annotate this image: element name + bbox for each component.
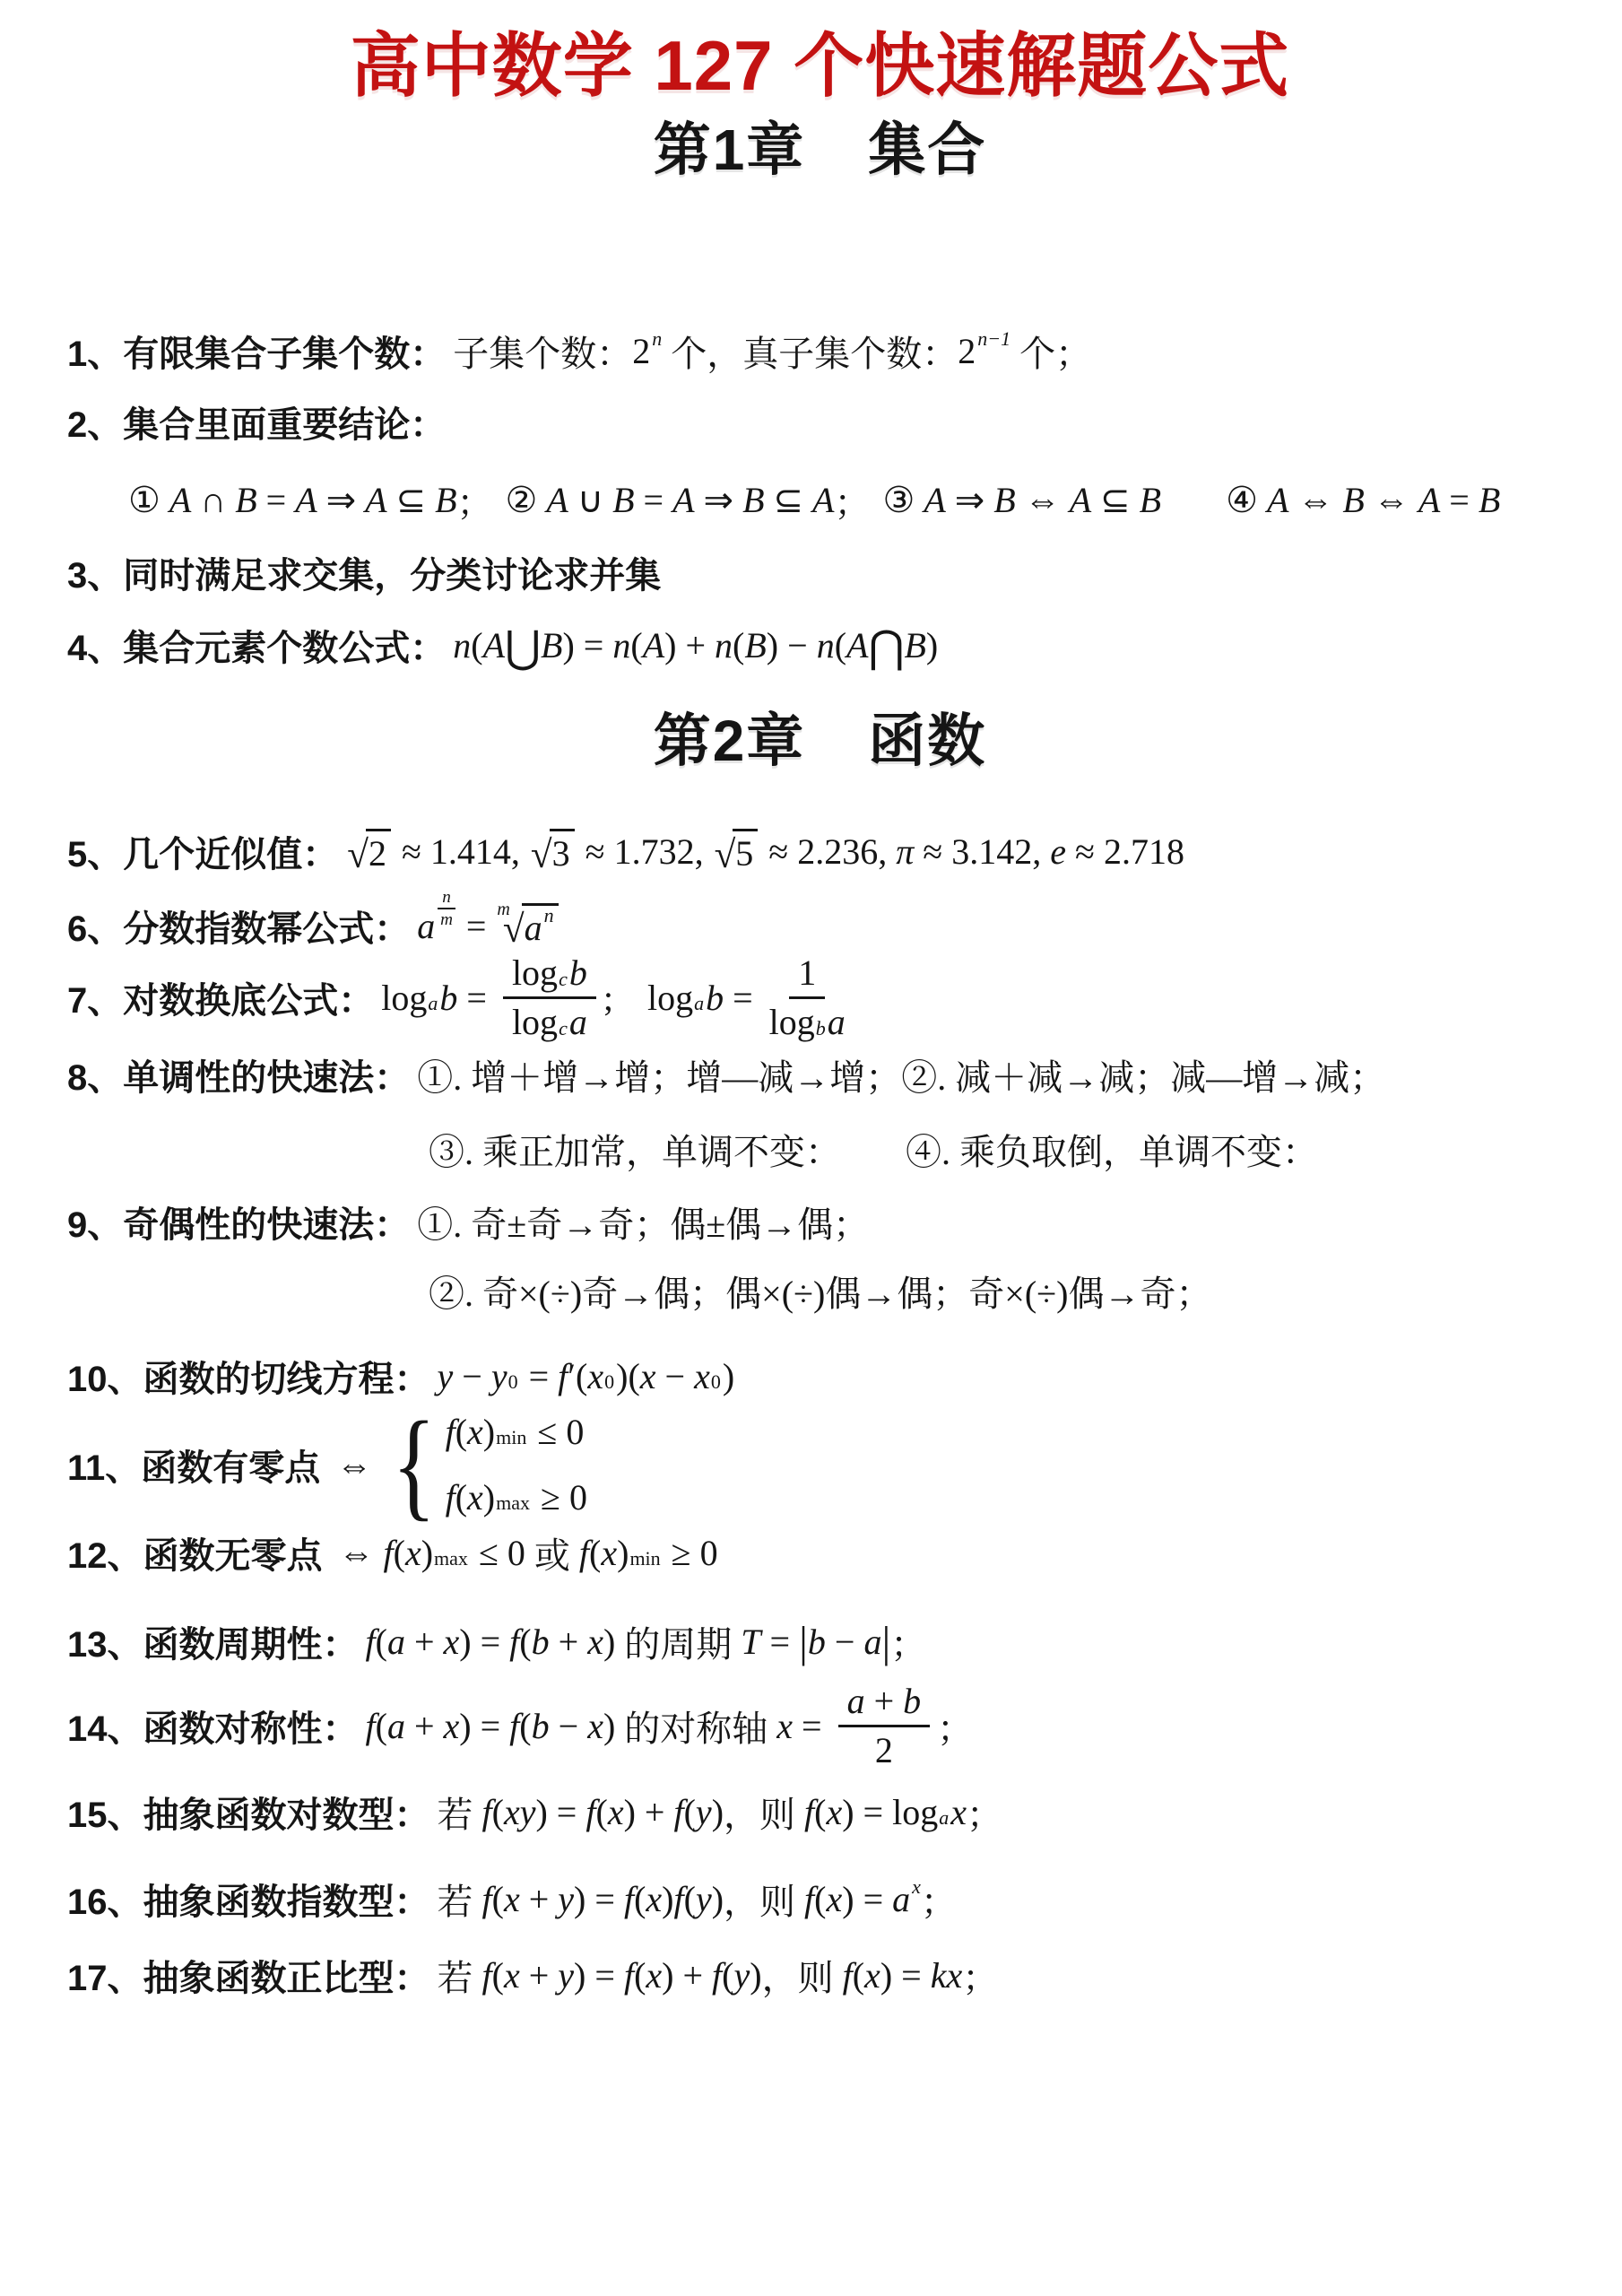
formula-run: 若 xyxy=(438,1950,482,2001)
item-number: 5、 xyxy=(67,826,123,877)
formula-run: ( xyxy=(376,1621,387,1663)
item-label: 对数换底公式： xyxy=(123,972,374,1023)
formula-run: B xyxy=(904,624,925,666)
formula: y − y0 = f′(x0)(x − x0) xyxy=(438,1355,735,1397)
superscript: n xyxy=(544,904,554,927)
formula-run: a xyxy=(847,1682,865,1721)
formula-run: f xyxy=(579,1532,589,1574)
formula-run: + xyxy=(520,1954,559,1996)
subscript: a xyxy=(428,992,438,1015)
formula-run: A xyxy=(1267,479,1288,521)
content: 第1章集合1、有限集合子集个数：子集个数：2n 个，真子集个数：2n−1 个；2… xyxy=(67,110,1573,2001)
chapter-name: 函数 xyxy=(868,709,986,773)
formula-run: ≈ 1.732, xyxy=(577,831,713,873)
item-row: 16、抽象函数指数型：若 f(x + y) = f(x)f(y)，则 f(x) … xyxy=(67,1874,1573,1925)
formula-run: ≥ 0 xyxy=(532,1476,587,1518)
formula-run: 的对称轴 xyxy=(615,1700,776,1752)
formula-run: = xyxy=(761,1621,800,1663)
formula-run: f xyxy=(509,1621,519,1663)
formula: 若 f(x + y) = f(x)f(y)，则 f(x) = ax； xyxy=(438,1874,957,1925)
formula-run: y xyxy=(734,1954,750,1996)
formula-run: ； xyxy=(457,474,493,526)
formula-run: x xyxy=(587,1621,603,1663)
formula-run: ( xyxy=(634,1954,646,1996)
formula-run: ) + xyxy=(662,1954,712,1996)
formula-run: x xyxy=(646,1878,662,1920)
formula-run: f xyxy=(673,1878,683,1920)
formula-run: y xyxy=(696,1878,712,1920)
formula-run: f xyxy=(712,1954,722,1996)
formula: n(A⋃B) = n(A) + n(B) − n(A⋂B) xyxy=(453,620,938,671)
formula-run: ④. 乘负取倒，单调不变： xyxy=(906,1124,1318,1175)
formula-run: log xyxy=(769,1003,815,1042)
formula-run: f xyxy=(482,1954,492,1996)
item-label: 函数的切线方程： xyxy=(143,1351,430,1402)
radical: √5 xyxy=(715,829,759,874)
formula-run: 若 xyxy=(438,1874,482,1925)
formula-run: ) xyxy=(926,624,938,666)
formula-run: x xyxy=(467,1476,483,1518)
formula-run: ) − xyxy=(767,624,817,666)
formula-run: e xyxy=(1050,831,1066,873)
formula-run: x xyxy=(405,1532,421,1574)
formula-run: B xyxy=(235,479,256,521)
formula-run: ′( xyxy=(568,1355,587,1397)
superscript: x xyxy=(912,1875,921,1899)
formula-run: x xyxy=(864,1954,880,1996)
item-row: 15、抽象函数对数型：若 f(xy) = f(x) + f(y)，则 f(x) … xyxy=(67,1787,1573,1838)
formula-run: ②. 奇×(÷)奇→偶；偶×(÷)偶→偶；奇×(÷)偶→奇； xyxy=(429,1265,1211,1317)
formula-run: ( xyxy=(519,1621,531,1663)
formula-run: ) xyxy=(712,1791,724,1833)
item-label: 抽象函数指数型： xyxy=(143,1874,430,1925)
formula-run: ; xyxy=(603,977,622,1019)
item-number: 7、 xyxy=(67,972,123,1023)
formula-run: ⇔ xyxy=(327,1444,381,1486)
formula-run: − xyxy=(826,1621,864,1663)
formula-run: = xyxy=(457,977,496,1019)
formula-run: ) xyxy=(483,1476,495,1518)
formula-run: f xyxy=(366,1705,376,1747)
formula-run: ) xyxy=(617,1532,629,1574)
chapter-heading: 第1章集合 xyxy=(67,110,1573,191)
formula-run: ≈ 2.718 xyxy=(1066,831,1184,873)
formula-run: n xyxy=(817,624,835,666)
formula-run: a xyxy=(863,1621,881,1663)
item-row: 12、函数无零点 ⇔ f(x)max ≤ 0 或 f(x)min ≥ 0 xyxy=(67,1527,1573,1578)
item-label: 函数有零点 xyxy=(141,1439,320,1491)
formula-run: ①. 奇±奇→奇；偶±偶→偶； xyxy=(417,1196,869,1248)
formula-run: b xyxy=(569,953,587,993)
formula-run: ) xyxy=(712,1878,724,1920)
formula-run: B xyxy=(1342,479,1364,521)
formula-run: ) xyxy=(750,1954,761,1996)
formula: ①. 奇±奇→奇；偶±偶→偶； xyxy=(417,1196,869,1248)
formula-run: 或 xyxy=(525,1527,579,1578)
item-continuation-row: ③. 乘正加常，单调不变：④. 乘负取倒，单调不变： xyxy=(67,1124,1573,1175)
radical-index: m xyxy=(497,900,509,920)
formula-run: ⊆ xyxy=(1091,479,1140,521)
formula-run: x xyxy=(444,1621,460,1663)
formula-run: b xyxy=(532,1705,550,1747)
formula-run: ( xyxy=(492,1954,504,1996)
formula-run: ( xyxy=(835,624,846,666)
subscript: min xyxy=(629,1547,660,1570)
formula-run: = xyxy=(724,977,762,1019)
formula-run: ≤ 0 xyxy=(528,1411,584,1453)
formula-run: ( xyxy=(733,624,744,666)
formula: anm = m√an xyxy=(417,903,559,949)
chapter-label: 第2章 xyxy=(654,709,806,773)
item-row: 1、有限集合子集个数：子集个数：2n 个，真子集个数：2n−1 个； xyxy=(67,326,1573,377)
cases-group: {f(x)min ≤ 0f(x)max ≥ 0 xyxy=(385,1411,587,1518)
formula-run: | xyxy=(799,1617,808,1667)
formula-run: ) = xyxy=(459,1621,509,1663)
formula-run: 2 xyxy=(369,832,386,874)
item-label: 几个近似值： xyxy=(123,826,338,877)
formula-run: ⇒ xyxy=(317,479,366,521)
formula-run: ∩ xyxy=(191,479,235,521)
formula-run: B xyxy=(612,479,634,521)
formula-run: ①. 增＋增→增；增—减→增；②. 减＋减→减；减—增→减； xyxy=(417,1049,1385,1100)
subscript: 0 xyxy=(508,1370,518,1394)
formula-run: ( xyxy=(595,1791,607,1833)
formula-run: = xyxy=(457,905,496,947)
formula-run: ( xyxy=(853,1954,864,1996)
formula-run: log xyxy=(512,953,558,993)
formula-run: + xyxy=(405,1705,444,1747)
formula: ①. 增＋增→增；增—减→增；②. 减＋减→减；减—增→减； xyxy=(417,1049,1385,1100)
formula-run: ( xyxy=(471,624,482,666)
formula-run: x xyxy=(640,1355,656,1397)
formula-run: ( xyxy=(492,1791,504,1833)
radicand: 3 xyxy=(550,829,575,874)
chapter-label: 第1章 xyxy=(654,117,806,182)
formula-run: ，则 xyxy=(762,1950,843,2001)
fraction: 1logba xyxy=(769,953,846,1042)
cases-row: f(x)min ≤ 0 xyxy=(446,1411,587,1453)
formula-run: = xyxy=(1440,479,1479,521)
formula-run: B xyxy=(993,479,1015,521)
formula: f(a + x) = f(b − x) 的对称轴 x = a + b2； xyxy=(366,1682,974,1770)
formula-run: a xyxy=(387,1705,405,1747)
formula-run: x xyxy=(504,1954,520,1996)
formula-run: a xyxy=(828,1003,846,1042)
formula-run: ( xyxy=(684,1791,696,1833)
item-row: 3、同时满足求交集，分类讨论求并集 xyxy=(67,547,1573,598)
formula-run: ； xyxy=(967,1787,1002,1838)
formula-run: ② xyxy=(506,479,547,521)
formula-run: ； xyxy=(937,1700,973,1752)
formula-run: x xyxy=(776,1705,793,1747)
formula-run: a xyxy=(569,1003,587,1042)
formula-run: ⇔ xyxy=(1288,479,1342,521)
exponent-denominator: m xyxy=(440,909,453,929)
formula-run: y xyxy=(438,1355,454,1397)
item-label: 奇偶性的快速法： xyxy=(123,1196,410,1248)
formula-run: x xyxy=(950,1791,967,1833)
formula-run: 的周期 xyxy=(615,1616,741,1667)
radical: √3 xyxy=(531,829,575,874)
subscript: max xyxy=(496,1492,530,1515)
formula-run: n xyxy=(715,624,733,666)
formula-run: = xyxy=(793,1705,831,1747)
formula-run: x xyxy=(826,1878,842,1920)
item-continuation-row: ① A ∩ B = A ⇒ A ⊆ B；② A ∪ B = A ⇒ B ⊆ A；… xyxy=(67,474,1573,526)
item-row: 2、集合里面重要结论： xyxy=(67,396,1573,448)
cases-rows: f(x)min ≤ 0f(x)max ≥ 0 xyxy=(446,1411,587,1518)
item-number: 6、 xyxy=(67,900,123,952)
formula-run: log xyxy=(381,977,427,1019)
item-number: 2、 xyxy=(67,396,123,448)
formula-run: ⊆ xyxy=(387,479,436,521)
item-number: 17、 xyxy=(67,1950,143,2001)
formula-run: f xyxy=(366,1621,376,1663)
formula-run: 3 xyxy=(552,832,570,874)
formula-run: f xyxy=(482,1878,492,1920)
formula-run: 2 xyxy=(875,1731,893,1770)
radicand: 5 xyxy=(733,829,758,874)
formula-run: ≤ 0 xyxy=(470,1532,525,1574)
formula-run: ≈ 2.236, xyxy=(759,831,896,873)
formula-run: x xyxy=(694,1355,710,1397)
formula: ⇔ {f(x)min ≤ 0f(x)max ≥ 0 xyxy=(327,1411,587,1518)
formula-run: A xyxy=(365,479,386,521)
formula-run: 个，真子集个数： xyxy=(662,326,958,377)
formula-run: = xyxy=(635,479,673,521)
formula-run: xy xyxy=(504,1791,536,1833)
item-number: 15、 xyxy=(67,1787,143,1838)
formula-run: y xyxy=(491,1355,507,1397)
formula: f(a + x) = f(b + x) 的周期 T = |b − a|； xyxy=(366,1616,927,1667)
item-row: 13、函数周期性：f(a + x) = f(b + x) 的周期 T = |b … xyxy=(67,1616,1573,1667)
subscript: max xyxy=(434,1547,468,1570)
formula-run: A xyxy=(1418,479,1440,521)
item-number: 12、 xyxy=(67,1527,143,1578)
formula: ③. 乘正加常，单调不变：④. 乘负取倒，单调不变： xyxy=(429,1124,1318,1175)
formula-run: + xyxy=(520,1878,559,1920)
formula-run: = xyxy=(257,479,296,521)
formula-run: n xyxy=(453,624,471,666)
formula-run: ) xyxy=(723,1355,734,1397)
formula-run: ) = xyxy=(535,1791,585,1833)
formula-run: B xyxy=(744,624,766,666)
item-number: 4、 xyxy=(67,620,123,671)
formula-run: ) xyxy=(483,1411,495,1453)
formula-run: ) = xyxy=(574,1954,624,1996)
formula-run: f xyxy=(624,1878,634,1920)
formula-run: 1 xyxy=(798,953,816,993)
item-label: 函数对称性： xyxy=(143,1700,359,1752)
formula-run: a xyxy=(525,907,542,949)
formula-run: a xyxy=(892,1878,910,1920)
item-label: 分数指数幂公式： xyxy=(123,900,410,952)
formula-run: 个； xyxy=(1010,326,1091,377)
fraction-denominator: 2 xyxy=(875,1727,893,1770)
formula-run: ∪ xyxy=(568,479,612,521)
item-number: 10、 xyxy=(67,1351,143,1402)
formula-run: ( xyxy=(814,1791,826,1833)
formula-run: a xyxy=(417,905,435,947)
formula-run: b xyxy=(706,977,724,1019)
formula-run: x xyxy=(646,1954,662,1996)
subscript: b xyxy=(816,1018,826,1039)
formula-run: ) = xyxy=(459,1705,509,1747)
formula-run: ) = xyxy=(880,1954,931,1996)
item-label: 抽象函数正比型： xyxy=(143,1950,430,2001)
item-row: 17、抽象函数正比型：若 f(x + y) = f(x) + f(y)，则 f(… xyxy=(67,1950,1573,2001)
formula-run: f xyxy=(384,1532,394,1574)
formula-run: f xyxy=(804,1878,814,1920)
formula-run: 5 xyxy=(735,832,753,874)
item-row: 10、函数的切线方程：y − y0 = f′(x0)(x − x0) xyxy=(67,1351,1573,1402)
formula-run: f xyxy=(558,1355,568,1397)
formula-run: 2 xyxy=(958,330,976,372)
formula-run: log xyxy=(647,977,693,1019)
formula-run: ) xyxy=(421,1532,433,1574)
item-row: 6、分数指数幂公式：anm = m√an xyxy=(67,900,1573,952)
formula-run: ) = xyxy=(842,1791,892,1833)
formula-run: ≥ 0 xyxy=(663,1532,718,1574)
item-label: 同时满足求交集，分类讨论求并集 xyxy=(123,547,661,598)
formula-run: ⇒ xyxy=(695,479,743,521)
formula-run: x xyxy=(587,1705,603,1747)
formula-run: x xyxy=(608,1791,624,1833)
formula: ②. 奇×(÷)奇→偶；偶×(÷)偶→偶；奇×(÷)偶→奇； xyxy=(429,1265,1211,1317)
formula-run: ③ xyxy=(882,479,924,521)
chapter-heading: 第2章函数 xyxy=(67,701,1573,782)
formula-run: ) = xyxy=(562,624,612,666)
formula-run: = xyxy=(520,1355,559,1397)
formula-run: ④ xyxy=(1226,479,1267,521)
item-label: 集合里面重要结论： xyxy=(123,396,446,448)
formula-run: ； xyxy=(834,474,870,526)
formula-run: ≈ 1.414, xyxy=(393,831,529,873)
item-continuation-row: ②. 奇×(÷)奇→偶；偶×(÷)偶→偶；奇×(÷)偶→奇； xyxy=(67,1265,1573,1317)
formula-run: ⋃ xyxy=(505,622,541,673)
item-number: 11、 xyxy=(67,1439,141,1491)
item-number: 3、 xyxy=(67,547,123,598)
formula-run: ⇔ xyxy=(1365,479,1418,521)
subscript: 0 xyxy=(711,1370,721,1394)
item-row: 9、奇偶性的快速法：①. 奇±奇→奇；偶±偶→偶； xyxy=(67,1196,1573,1248)
formula-run: f xyxy=(804,1791,814,1833)
fraction: a + b2 xyxy=(838,1682,931,1770)
formula-run: f xyxy=(673,1791,683,1833)
formula-run: log xyxy=(892,1791,938,1833)
formula-run: ) xyxy=(603,1621,615,1663)
formula-run: − xyxy=(453,1355,491,1397)
formula-run: x xyxy=(467,1411,483,1453)
formula-run: A xyxy=(1070,479,1091,521)
formula: 若 f(xy) = f(x) + f(y)，则 f(x) = logax； xyxy=(438,1787,1003,1838)
formula-run: + xyxy=(865,1682,904,1721)
formula-run: f xyxy=(482,1791,492,1833)
formula-run: ，则 xyxy=(724,1874,804,1925)
formula-run: ( xyxy=(814,1878,826,1920)
subscript: c xyxy=(559,1018,568,1039)
formula-run: − xyxy=(656,1355,695,1397)
item-number: 16、 xyxy=(67,1874,143,1925)
formula-run: ⊆ xyxy=(765,479,813,521)
formula-run: ( xyxy=(455,1476,467,1518)
formula-run: ，则 xyxy=(724,1787,804,1838)
radicand: 2 xyxy=(366,829,391,874)
formula-run: ； xyxy=(921,1874,957,1925)
item-row: 4、集合元素个数公式：n(A⋃B) = n(A) + n(B) − n(A⋂B) xyxy=(67,620,1573,671)
formula-run: B xyxy=(435,479,456,521)
formula-run: B xyxy=(541,624,562,666)
formula: ① A ∩ B = A ⇒ A ⊆ B；② A ∪ B = A ⇒ B ⊆ A；… xyxy=(128,474,1500,526)
formula-run: ( xyxy=(684,1878,696,1920)
formula-run: y xyxy=(558,1878,574,1920)
formula-run: A xyxy=(483,624,505,666)
cases-row: f(x)max ≥ 0 xyxy=(446,1476,587,1518)
formula-run: ( xyxy=(722,1954,733,1996)
formula-run: n xyxy=(612,624,630,666)
formula-run: ⇔ xyxy=(330,1532,384,1574)
item-number: 8、 xyxy=(67,1049,123,1100)
formula-run: ) = xyxy=(842,1878,892,1920)
subscript: c xyxy=(559,969,568,990)
formula-run: b xyxy=(439,977,457,1019)
item-label: 集合元素个数公式： xyxy=(123,620,446,671)
formula-run: 子集个数： xyxy=(453,326,632,377)
formula-run: − xyxy=(550,1705,588,1747)
radicand: an xyxy=(522,903,559,949)
formula-run: B xyxy=(1140,479,1161,521)
formula-run: ( xyxy=(519,1705,531,1747)
exponent-numerator: n xyxy=(438,888,455,909)
formula: √2 ≈ 1.414, √3 ≈ 1.732, √5 ≈ 2.236, π ≈ … xyxy=(345,829,1184,874)
formula-run: ； xyxy=(890,1616,926,1667)
formula-run: x xyxy=(587,1355,603,1397)
chapter-name: 集合 xyxy=(868,117,986,182)
item-label: 函数无零点 xyxy=(143,1527,323,1578)
formula-run: A xyxy=(846,624,868,666)
item-row: 8、单调性的快速法：①. 增＋增→增；增—减→增；②. 减＋减→减；减—增→减； xyxy=(67,1049,1573,1100)
formula-run: a xyxy=(387,1621,405,1663)
formula-run: A xyxy=(169,479,191,521)
fraction: logcblogca xyxy=(503,953,596,1042)
formula-run: | xyxy=(881,1617,890,1667)
formula-run: b xyxy=(903,1682,921,1721)
formula-run: A xyxy=(295,479,317,521)
formula-run: x xyxy=(444,1705,460,1747)
superscript: n−1 xyxy=(977,327,1010,351)
formula-run: ① xyxy=(128,479,169,521)
formula-run: + xyxy=(550,1621,588,1663)
formula-run: B xyxy=(1479,479,1500,521)
formula-run: T xyxy=(741,1621,760,1663)
formula-run: ( xyxy=(589,1532,601,1574)
radical: m√an xyxy=(497,903,558,949)
item-row: 14、函数对称性：f(a + x) = f(b − x) 的对称轴 x = a … xyxy=(67,1682,1573,1770)
item-label: 函数周期性： xyxy=(143,1616,359,1667)
page-title: 高中数学 127 个快速解题公式 xyxy=(67,23,1573,109)
formula-run: x xyxy=(826,1791,842,1833)
formula-run: A xyxy=(924,479,945,521)
formula-run: ) + xyxy=(624,1791,674,1833)
formula-run: A xyxy=(812,479,834,521)
formula-run: f xyxy=(446,1476,455,1518)
formula-run: ( xyxy=(634,1878,646,1920)
formula-run: A xyxy=(672,479,694,521)
item-label: 有限集合子集个数： xyxy=(123,326,446,377)
formula-run: ⋂ xyxy=(868,622,904,673)
formula-run: ③. 乘正加常，单调不变： xyxy=(429,1124,841,1175)
formula-run: 若 xyxy=(438,1787,482,1838)
